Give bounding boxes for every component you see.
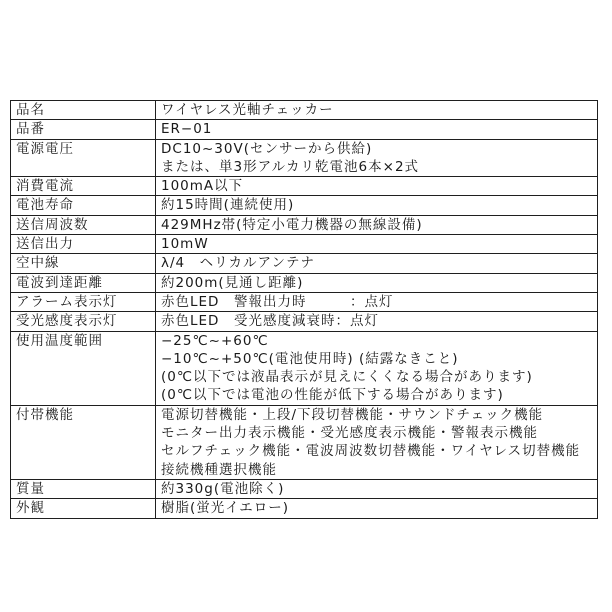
table-row-operating-temperature: 使用温度範囲 −25℃~+60℃ −10℃~+50℃(電池使用時) (結露なきこ… — [11, 331, 598, 405]
spec-label: アラーム表示灯 — [11, 292, 156, 311]
spec-value: 赤色LED 警報出力時 ：点灯 — [156, 292, 598, 311]
spec-value-line: モニター出力表示機能・受光感度表示機能・警報表示機能 — [161, 424, 594, 442]
spec-value-line: (0℃以下では液晶表示が見えにくくなる場合があります) — [161, 368, 594, 386]
spec-value-line: 100mA以下 — [161, 177, 594, 195]
table-row-power-voltage: 電源電圧 DC10~30V(センサーから供給) または、単3形アルカリ乾電池6本… — [11, 139, 598, 177]
spec-value: λ/4 ヘリカルアンテナ — [156, 254, 598, 273]
spec-value-line: セルフチェック機能・電波周波数切替機能・ワイヤレス切替機能 — [161, 442, 594, 460]
table-row-additional-functions: 付帯機能 電源切替機能・上段/下段切替機能・サウンドチェック機能 モニター出力表… — [11, 405, 598, 479]
spec-value: DC10~30V(センサーから供給) または、単3形アルカリ乾電池6本×2式 — [156, 139, 598, 177]
spec-value-line: 電源切替機能・上段/下段切替機能・サウンドチェック機能 — [161, 406, 594, 424]
spec-value: 約330g(電池除く) — [156, 479, 598, 498]
spec-value: 10mW — [156, 235, 598, 254]
spec-value: ワイヤレス光軸チェッカー — [156, 101, 598, 120]
spec-value-line: ER−01 — [161, 120, 594, 138]
spec-value-line: 赤色LED 受光感度減衰時：点灯 — [161, 312, 594, 330]
spec-value-line: 429MHz帯(特定小電力機器の無線設備) — [161, 216, 594, 234]
table-row-sensitivity-indicator: 受光感度表示灯 赤色LED 受光感度減衰時：点灯 — [11, 312, 598, 331]
table-row-model-number: 品番 ER−01 — [11, 120, 598, 139]
table-row-exterior: 外観 樹脂(蛍光イエロー) — [11, 499, 598, 518]
table-row-transmit-output: 送信出力 10mW — [11, 235, 598, 254]
spec-table: 品名 ワイヤレス光軸チェッカー 品番 ER−01 電源電圧 DC10~30V(セ… — [10, 100, 598, 519]
spec-value-line: −10℃~+50℃(電池使用時) (結露なきこと) — [161, 350, 594, 368]
table-row-weight: 質量 約330g(電池除く) — [11, 479, 598, 498]
spec-value-line: 接続機種選択機能 — [161, 461, 594, 479]
table-row-radio-range: 電波到達距離 約200m(見通し距離) — [11, 273, 598, 292]
spec-value-line: λ/4 ヘリカルアンテナ — [161, 254, 594, 272]
spec-label: 使用温度範囲 — [11, 331, 156, 405]
spec-value-line: (0℃以下では電池の性能が低下する場合があります) — [161, 386, 594, 404]
spec-value: −25℃~+60℃ −10℃~+50℃(電池使用時) (結露なきこと) (0℃以… — [156, 331, 598, 405]
spec-value-line: 樹脂(蛍光イエロー) — [161, 499, 594, 517]
spec-value: ER−01 — [156, 120, 598, 139]
spec-label: 電池寿命 — [11, 196, 156, 215]
spec-label: 質量 — [11, 479, 156, 498]
spec-value: 電源切替機能・上段/下段切替機能・サウンドチェック機能 モニター出力表示機能・受… — [156, 405, 598, 479]
spec-value-line: DC10~30V(センサーから供給) — [161, 140, 594, 158]
spec-label: 品番 — [11, 120, 156, 139]
table-row-current-consumption: 消費電流 100mA以下 — [11, 177, 598, 196]
spec-label: 送信周波数 — [11, 215, 156, 234]
spec-label: 受光感度表示灯 — [11, 312, 156, 331]
spec-value: 約200m(見通し距離) — [156, 273, 598, 292]
table-row-antenna: 空中線 λ/4 ヘリカルアンテナ — [11, 254, 598, 273]
spec-value: 樹脂(蛍光イエロー) — [156, 499, 598, 518]
spec-value-line: 約330g(電池除く) — [161, 480, 594, 498]
spec-label: 品名 — [11, 101, 156, 120]
spec-value-line: 10mW — [161, 235, 594, 253]
spec-value-line: ワイヤレス光軸チェッカー — [161, 101, 594, 119]
spec-value-line: または、単3形アルカリ乾電池6本×2式 — [161, 158, 594, 176]
table-row-battery-life: 電池寿命 約15時間(連続使用) — [11, 196, 598, 215]
spec-label: 外観 — [11, 499, 156, 518]
product-spec-page: 品名 ワイヤレス光軸チェッカー 品番 ER−01 電源電圧 DC10~30V(セ… — [0, 0, 612, 612]
spec-value: 429MHz帯(特定小電力機器の無線設備) — [156, 215, 598, 234]
spec-label: 電源電圧 — [11, 139, 156, 177]
spec-label: 送信出力 — [11, 235, 156, 254]
spec-table-body: 品名 ワイヤレス光軸チェッカー 品番 ER−01 電源電圧 DC10~30V(セ… — [11, 101, 598, 519]
spec-label: 付帯機能 — [11, 405, 156, 479]
spec-label: 消費電流 — [11, 177, 156, 196]
spec-label: 電波到達距離 — [11, 273, 156, 292]
spec-value: 100mA以下 — [156, 177, 598, 196]
table-row-alarm-indicator: アラーム表示灯 赤色LED 警報出力時 ：点灯 — [11, 292, 598, 311]
table-row-transmit-frequency: 送信周波数 429MHz帯(特定小電力機器の無線設備) — [11, 215, 598, 234]
spec-value: 約15時間(連続使用) — [156, 196, 598, 215]
spec-label: 空中線 — [11, 254, 156, 273]
spec-value-line: 約200m(見通し距離) — [161, 274, 594, 292]
spec-value-line: 約15時間(連続使用) — [161, 196, 594, 214]
spec-value-line: −25℃~+60℃ — [161, 332, 594, 350]
spec-value-line: 赤色LED 警報出力時 ：点灯 — [161, 293, 594, 311]
spec-value: 赤色LED 受光感度減衰時：点灯 — [156, 312, 598, 331]
table-row-product-name: 品名 ワイヤレス光軸チェッカー — [11, 101, 598, 120]
